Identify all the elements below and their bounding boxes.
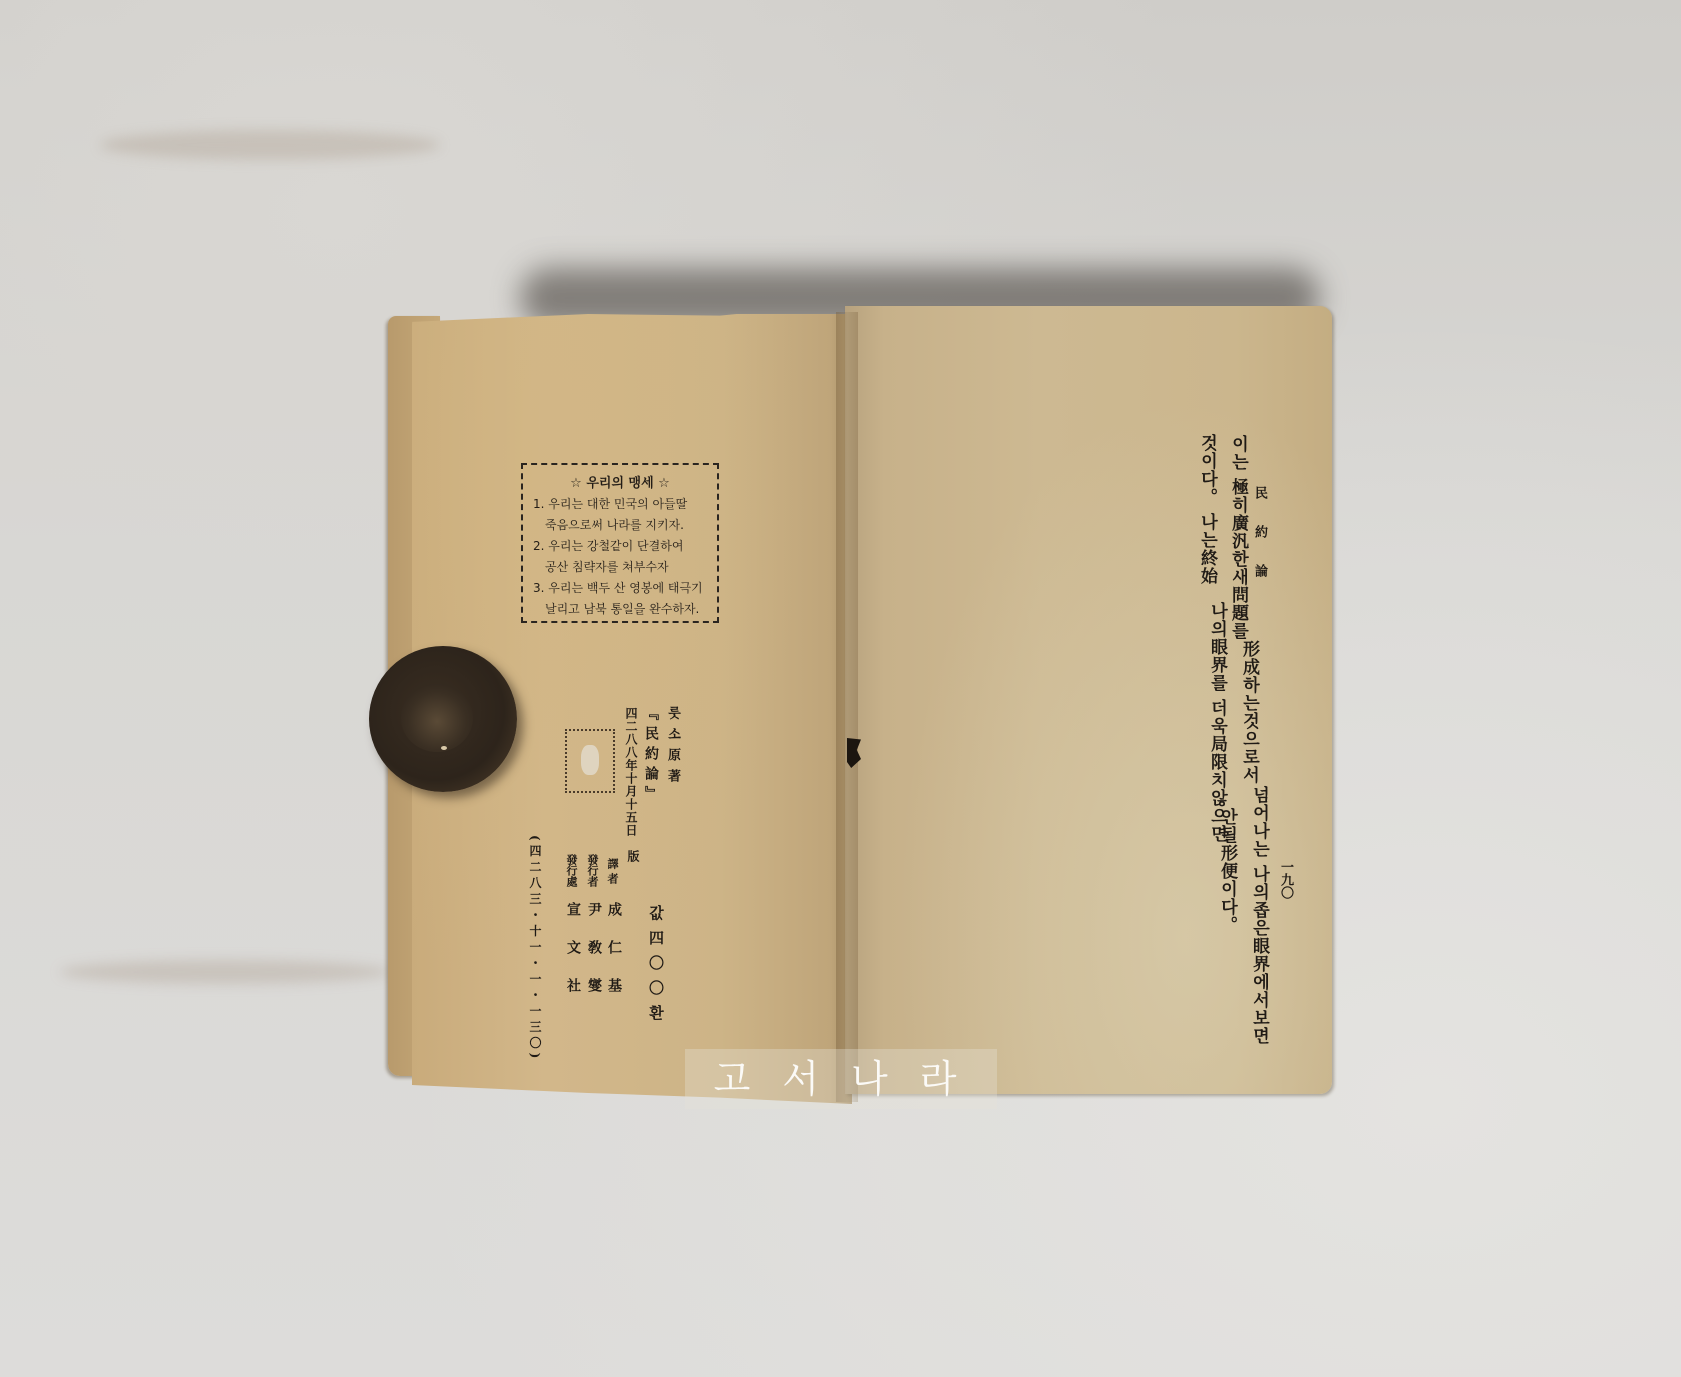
colophon-publisher-name: 尹敎燮 bbox=[584, 902, 604, 1016]
oath-line: 2. 우리는 강철같이 단결하여 bbox=[533, 536, 707, 557]
colophon-publisher-label: 發行者 bbox=[584, 854, 600, 887]
watermark: 고서나라 bbox=[685, 1049, 997, 1109]
body-column: 것이다。 나는終始 bbox=[1195, 434, 1220, 585]
seal-stamp-box bbox=[565, 729, 615, 793]
colophon-edition-label: 版 bbox=[625, 850, 642, 862]
body-column: 넘어나는 나의좁은眼界에서보면 bbox=[1247, 786, 1272, 1045]
colophon-registration: (四二八三・十一・一・一三〇) bbox=[527, 835, 544, 1062]
colophon-book-title: 『民約論』 bbox=[641, 706, 661, 806]
colophon-original-author: 룻소原著 bbox=[663, 706, 682, 790]
body-column: 形成하는것으로서 bbox=[1237, 640, 1262, 784]
colophon-publishing-house-label: 發行處 bbox=[563, 854, 579, 887]
oath-line: 3. 우리는 백두 산 영봉에 태극기 bbox=[533, 578, 707, 599]
oath-line: 날리고 남북 통일을 완수하자. bbox=[533, 599, 707, 620]
colophon-translator-name: 成仁基 bbox=[604, 902, 624, 1016]
oath-line: 1. 우리는 대한 민국의 아들딸 bbox=[533, 494, 707, 515]
oath-line: 죽음으로써 나라를 지키자. bbox=[533, 515, 707, 536]
running-header: 民約論 bbox=[1250, 486, 1269, 603]
weight-knob bbox=[401, 684, 473, 752]
colophon-translator-label: 譯者 bbox=[604, 858, 620, 888]
colophon-publishing-house-name: 宣文社 bbox=[563, 902, 583, 1016]
colophon-edition-date: 四二八八年十月十五日 bbox=[623, 707, 640, 837]
background-stain bbox=[60, 960, 390, 984]
page-number: 一九〇 bbox=[1276, 860, 1295, 899]
oath-line: 공산 침략자를 쳐부수자 bbox=[533, 557, 707, 578]
oath-box: ☆ 우리의 맹세 ☆ 1. 우리는 대한 민국의 아들딸 죽음으로써 나라를 지… bbox=[521, 463, 719, 623]
seal-stamp-mark bbox=[581, 745, 599, 775]
body-column: 나의眼界를 더욱局限치않으면 bbox=[1205, 602, 1230, 843]
weight-glint bbox=[441, 746, 447, 750]
colophon-price: 값四〇〇환 bbox=[646, 905, 667, 1030]
background-stain bbox=[100, 130, 440, 160]
brass-weight bbox=[369, 646, 526, 792]
book-gutter bbox=[836, 312, 858, 1102]
oath-title: ☆ 우리의 맹세 ☆ bbox=[533, 473, 707, 494]
